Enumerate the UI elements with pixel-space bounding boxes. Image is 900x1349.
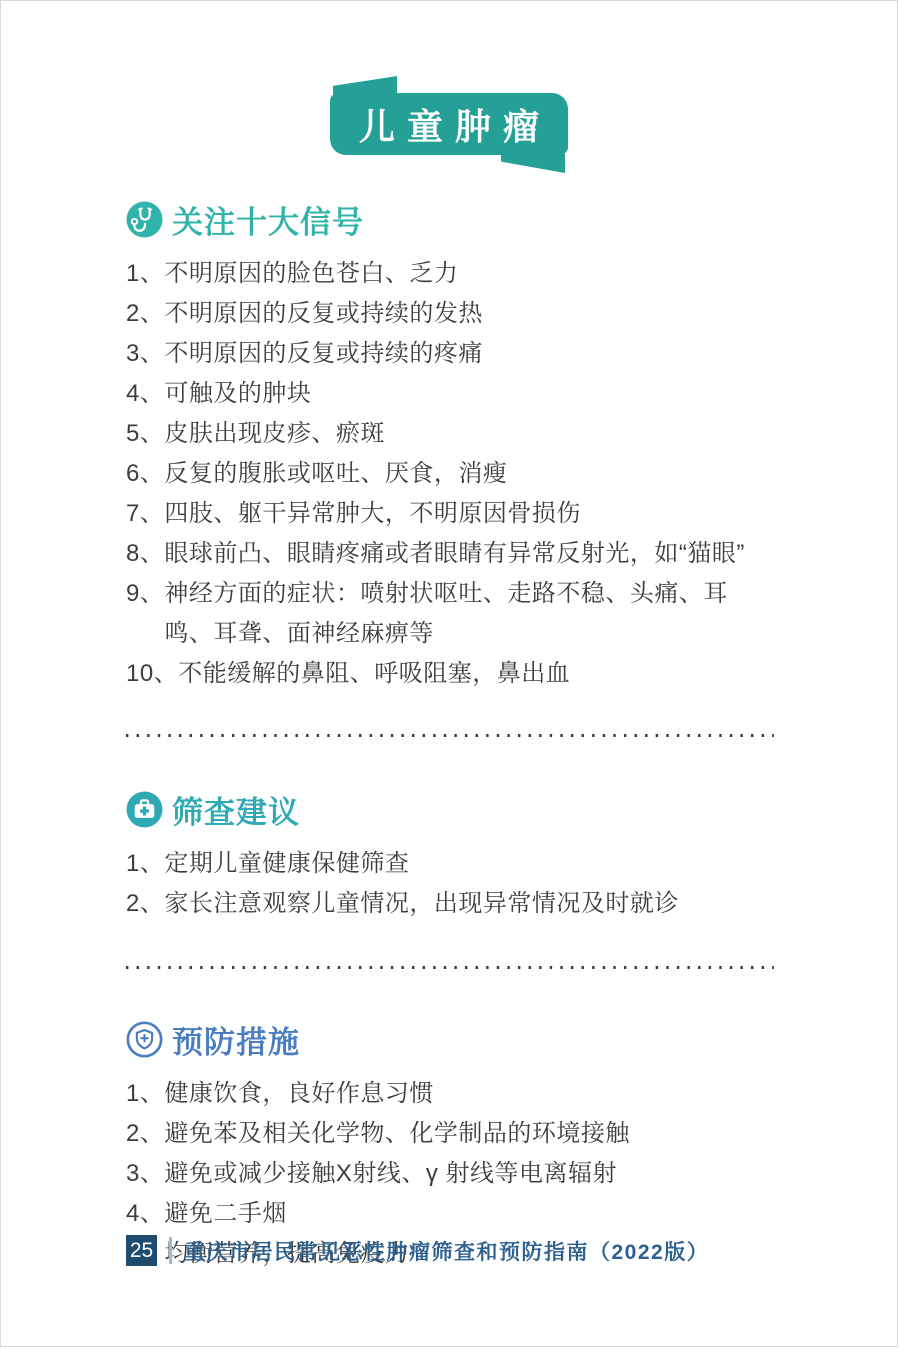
section-screening-header: 筛查建议: [126, 787, 774, 832]
item-number: 2、: [126, 884, 164, 924]
list-item: 4、可触及的肿块: [126, 374, 774, 414]
item-text: 避免二手烟: [164, 1194, 774, 1234]
item-number: 6、: [126, 454, 164, 494]
item-text: 不能缓解的鼻阻、呼吸阻塞，鼻出血: [178, 654, 774, 694]
item-number: 5、: [126, 414, 164, 454]
list-item: 5、皮肤出现皮疹、瘀斑: [126, 414, 774, 454]
section-prevention-header: 预防措施: [126, 1017, 774, 1062]
item-number: 2、: [126, 1114, 164, 1154]
item-text: 定期儿童健康保健筛查: [164, 844, 774, 884]
section-title: 关注十大信号: [172, 197, 364, 242]
ribbon-banner: 儿童肿瘤: [330, 93, 568, 155]
item-text: 不明原因的脸色苍白、乏力: [164, 254, 774, 294]
item-number: 3、: [126, 1154, 164, 1194]
item-text: 家长注意观察儿童情况，出现异常情况及时就诊: [164, 884, 774, 924]
list-item: 1、健康饮食，良好作息习惯: [126, 1074, 774, 1114]
list-item: 3、不明原因的反复或持续的疼痛: [126, 334, 774, 374]
section-title: 预防措施: [172, 1017, 300, 1062]
item-text: 眼球前凸、眼睛疼痛或者眼睛有异常反射光，如“猫眼”: [164, 534, 774, 574]
item-number: 1、: [126, 254, 164, 294]
item-number: 4、: [126, 1194, 164, 1234]
list-item: 2、不明原因的反复或持续的发热: [126, 294, 774, 334]
document-page: 儿童肿瘤 关注十大信号 1、不明原因的脸色苍白、乏力 2、不明原因的反复或持续的…: [0, 0, 898, 1347]
section-screening: 筛查建议 1、定期儿童健康保健筛查 2、家长注意观察儿童情况，出现异常情况及时就…: [126, 787, 774, 924]
list-item: 2、家长注意观察儿童情况，出现异常情况及时就诊: [126, 884, 774, 924]
item-number: 7、: [126, 494, 164, 534]
page-number-badge: 25: [126, 1235, 157, 1266]
stethoscope-icon: [126, 201, 163, 238]
firstaid-kit-icon: [126, 791, 163, 828]
item-number: 3、: [126, 334, 164, 374]
item-number: 4、: [126, 374, 164, 414]
item-text: 反复的腹胀或呕吐、厌食，消瘦: [164, 454, 774, 494]
item-number: 10、: [126, 654, 178, 694]
item-number: 9、: [126, 574, 164, 654]
item-number: 8、: [126, 534, 164, 574]
item-text: 不明原因的反复或持续的疼痛: [164, 334, 774, 374]
list-item: 10、不能缓解的鼻阻、呼吸阻塞，鼻出血: [126, 654, 774, 694]
footer-guide-title: 重庆市居民常见恶性肿瘤筛查和预防指南（2022版）: [184, 1236, 709, 1266]
banner-title: 儿童肿瘤: [347, 99, 551, 150]
page-content: 关注十大信号 1、不明原因的脸色苍白、乏力 2、不明原因的反复或持续的发热 3、…: [1, 197, 897, 1274]
page-footer: 25 重庆市居民常见恶性肿瘤筛查和预防指南（2022版）: [126, 1235, 709, 1266]
list-item: 1、定期儿童健康保健筛查: [126, 844, 774, 884]
dotted-divider: [126, 966, 774, 969]
item-text: 皮肤出现皮疹、瘀斑: [164, 414, 774, 454]
item-text: 不明原因的反复或持续的发热: [164, 294, 774, 334]
shield-cross-icon: [126, 1021, 163, 1058]
list-item: 1、不明原因的脸色苍白、乏力: [126, 254, 774, 294]
item-text: 避免苯及相关化学物、化学制品的环境接触: [164, 1114, 774, 1154]
list-item: 4、避免二手烟: [126, 1194, 774, 1234]
item-text: 避免或减少接触X射线、γ 射线等电离辐射: [164, 1154, 774, 1194]
item-number: 1、: [126, 844, 164, 884]
section-title: 筛查建议: [172, 787, 300, 832]
screening-list: 1、定期儿童健康保健筛查 2、家长注意观察儿童情况，出现异常情况及时就诊: [126, 844, 774, 924]
list-item: 6、反复的腹胀或呕吐、厌食，消瘦: [126, 454, 774, 494]
item-number: 2、: [126, 294, 164, 334]
list-item: 8、眼球前凸、眼睛疼痛或者眼睛有异常反射光，如“猫眼”: [126, 534, 774, 574]
footer-divider: [169, 1237, 172, 1264]
signals-list: 1、不明原因的脸色苍白、乏力 2、不明原因的反复或持续的发热 3、不明原因的反复…: [126, 254, 774, 694]
list-item: 3、避免或减少接触X射线、γ 射线等电离辐射: [126, 1154, 774, 1194]
list-item: 9、神经方面的症状：喷射状呕吐、走路不稳、头痛、耳鸣、耳聋、面神经麻痹等: [126, 574, 774, 654]
list-item: 7、四肢、躯干异常肿大，不明原因骨损伤: [126, 494, 774, 534]
section-signals-header: 关注十大信号: [126, 197, 774, 242]
item-text: 四肢、躯干异常肿大，不明原因骨损伤: [164, 494, 774, 534]
item-text: 神经方面的症状：喷射状呕吐、走路不稳、头痛、耳鸣、耳聋、面神经麻痹等: [164, 574, 774, 654]
section-signals: 关注十大信号 1、不明原因的脸色苍白、乏力 2、不明原因的反复或持续的发热 3、…: [126, 197, 774, 694]
item-number: 1、: [126, 1074, 164, 1114]
list-item: 2、避免苯及相关化学物、化学制品的环境接触: [126, 1114, 774, 1154]
dotted-divider: [126, 734, 774, 737]
item-text: 健康饮食，良好作息习惯: [164, 1074, 774, 1114]
item-text: 可触及的肿块: [164, 374, 774, 414]
